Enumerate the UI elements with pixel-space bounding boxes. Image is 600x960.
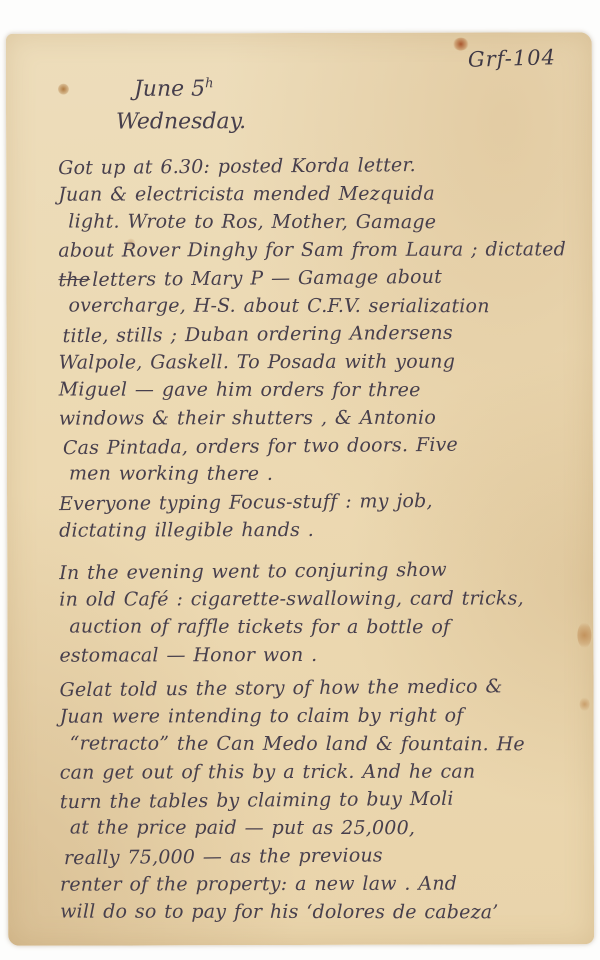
date-suffix: h <box>205 76 213 91</box>
paragraph: In the evening went to conjuring showin … <box>59 557 565 670</box>
handwritten-line: will do so to pay for his ‘dolores de ca… <box>60 898 566 927</box>
handwritten-line: “retracto” the Can Medo land & fountain.… <box>70 730 566 759</box>
handwritten-line: title, stills ; Duban ordering Andersens <box>62 318 564 350</box>
manuscript-page: Grf-104 June 5h Wednesday. Got up at 6.3… <box>6 32 594 946</box>
handwritten-line: Juan were intending to claim by right of <box>60 702 566 731</box>
handwritten-line: auction of raffle tickets for a bottle o… <box>69 613 565 642</box>
handwritten-line: light. Wrote to Ros, Mother, Gamage <box>68 208 564 237</box>
handwritten-line: dictating illegible hands . <box>59 516 565 545</box>
paragraph: Got up at 6.30: posted Korda letter.Juan… <box>58 152 565 545</box>
handwritten-line: Miguel — gave him orders for three <box>59 376 565 405</box>
handwritten-line: really 75,000 — as the previous <box>64 840 566 872</box>
handwritten-line: Got up at 6.30: posted Korda letter. <box>58 150 564 182</box>
handwritten-line: windows & their shutters , & Antonio <box>59 404 565 433</box>
handwritten-line: about Rover Dinghy for Sam from Laura ; … <box>58 236 564 265</box>
handwritten-line: In the evening went to conjuring show <box>59 555 565 587</box>
handwritten-line: estomacal — Honor won . <box>59 641 565 670</box>
handwritten-line: Everyone typing Focus-stuff : my job, <box>59 486 565 518</box>
handwritten-line: in old Café : cigarette-swallowing, card… <box>59 585 565 614</box>
paragraph: Gelat told us the story of how the medic… <box>59 674 566 927</box>
entry-day: Wednesday. <box>116 105 564 139</box>
handwritten-line: Juan & electricista mended Mezquida <box>58 180 564 209</box>
handwritten-line: theletters to Mary P — Gamage about <box>58 262 564 294</box>
handwritten-line: Walpole, Gaskell. To Posada with young <box>59 348 565 377</box>
struck-word: the <box>58 269 90 291</box>
handwritten-line: turn the tables by claiming to buy Moli <box>60 784 566 816</box>
handwritten-line: can get out of this by a trick. And he c… <box>60 758 566 787</box>
handwritten-line: overcharge, H-S. about C.F.V. serializat… <box>68 292 564 321</box>
diary-entry: June 5h Wednesday. Got up at 6.30: poste… <box>6 32 594 946</box>
handwritten-line: men working there . <box>69 460 565 489</box>
handwritten-line: Gelat told us the story of how the medic… <box>59 672 565 704</box>
entry-body: Got up at 6.30: posted Korda letter.Juan… <box>58 152 566 927</box>
entry-date: June 5h <box>134 66 564 105</box>
handwritten-line: renter of the property: a new law . And <box>60 870 566 899</box>
handwritten-line: at the price paid — put as 25,000, <box>70 814 566 843</box>
entry-date-heading: June 5h Wednesday. <box>134 66 564 138</box>
handwritten-line: Cas Pintada, orders for two doors. Five <box>63 430 565 462</box>
